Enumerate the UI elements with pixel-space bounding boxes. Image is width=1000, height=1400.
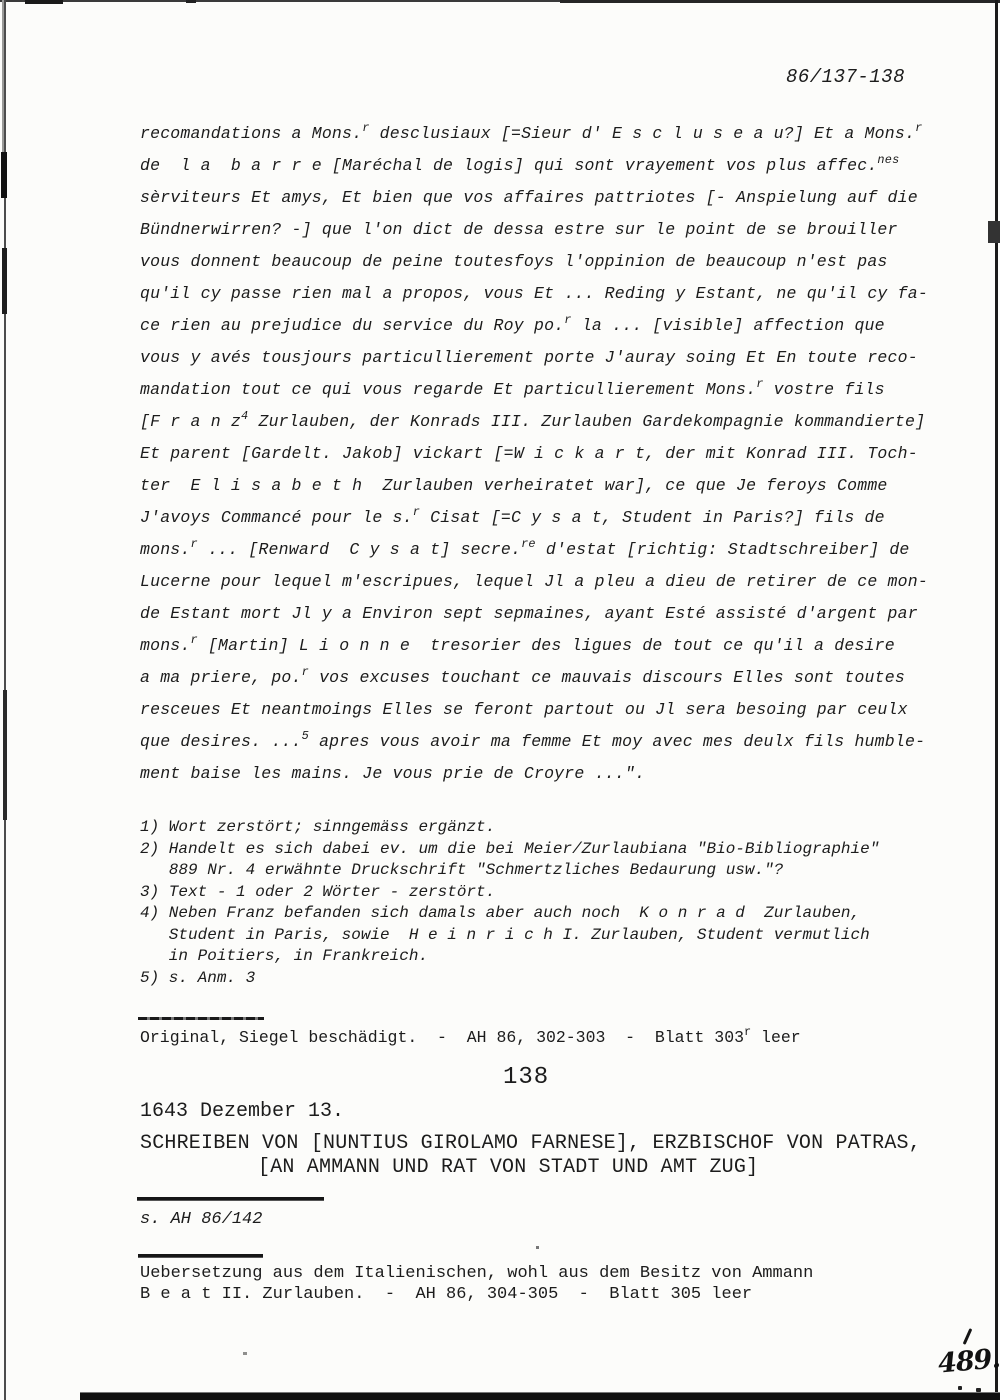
scan-mark <box>988 221 1000 243</box>
footnote-line: 4) Neben Franz befanden sich damals aber… <box>140 903 879 925</box>
scan-edge-bottom <box>80 1393 1000 1400</box>
footnote-line: 2) Handelt es sich dabei ev. um die bei … <box>140 839 879 861</box>
transcription-line: ment baise les mains. Je vous prie de Cr… <box>140 758 928 790</box>
handwritten-slash-mark <box>963 1328 973 1345</box>
transcription-line: sèrviteurs Et amys, Et bien que vos affa… <box>140 182 928 214</box>
scan-mark <box>3 690 7 820</box>
transcription-line: Et parent [Gardelt. Jakob] vickart [=W i… <box>140 438 928 470</box>
transcription-line: de Estant mort Jl y a Environ sept sepma… <box>140 598 928 630</box>
scan-speck <box>976 1388 981 1392</box>
transcription-line: resceues Et neantmoings Elles se feront … <box>140 694 928 726</box>
transcription-line: Bündnerwirren? -] que l'on dict de dessa… <box>140 214 928 246</box>
footnote-line: 3) Text - 1 oder 2 Wörter - zerstört. <box>140 882 879 904</box>
scan-speck <box>958 1386 962 1390</box>
transcription-line: J'avoys Commancé pour le s.r Cisat [=C y… <box>140 502 928 534</box>
provenance-line: Original, Siegel beschädigt. - AH 86, 30… <box>140 1028 801 1047</box>
separator-rule <box>138 1254 263 1257</box>
scan-mark <box>2 248 7 314</box>
transcription-line: qu'il cy passe rien mal a propos, vous E… <box>140 278 928 310</box>
entry-note-line1: Uebersetzung aus dem Italienischen, wohl… <box>140 1264 813 1283</box>
transcription-line: ce rien au prejudice du service du Roy p… <box>140 310 928 342</box>
transcription-line: mons.r ... [Renward C y s a t] secre.re … <box>140 534 928 566</box>
scan-mark <box>25 0 63 4</box>
entry-title-line1: SCHREIBEN VON [NUNTIUS GIROLAMO FARNESE]… <box>140 1132 921 1155</box>
transcription-line: ter E l i s a b e t h Zurlauben verheira… <box>140 470 928 502</box>
footnote-line: in Poitiers, in Frankreich. <box>140 946 879 968</box>
transcription-line: mandation tout ce qui vous regarde Et pa… <box>140 374 928 406</box>
transcription-line: vous donnent beaucoup de peine toutesfoy… <box>140 246 928 278</box>
scan-speck <box>243 1352 247 1355</box>
handwritten-folio-number: 489. <box>937 1343 1000 1379</box>
transcription-line: [F r a n z4 Zurlauben, der Konrads III. … <box>140 406 928 438</box>
footnote-line: Student in Paris, sowie H e i n r i c h … <box>140 925 879 947</box>
separator-rule <box>137 1197 324 1200</box>
scan-mark <box>1 152 7 198</box>
scan-speck <box>536 1246 539 1249</box>
transcription-line: mons.r [Martin] L i o n n e tresorier de… <box>140 630 928 662</box>
scan-mark <box>560 0 1000 3</box>
transcription-line: recomandations a Mons.r desclusiaux [=Si… <box>140 118 928 150</box>
entry-number: 138 <box>503 1064 549 1091</box>
footnotes-block: 1) Wort zerstört; sinngemäss ergänzt.2) … <box>140 817 879 989</box>
entry-date: 1643 Dezember 13. <box>140 1100 344 1123</box>
letter-transcription: recomandations a Mons.r desclusiaux [=Si… <box>140 118 928 790</box>
separator-rule-dashed <box>138 1017 264 1020</box>
transcription-line: que desires. ...5 apres vous avoir ma fe… <box>140 726 928 758</box>
transcription-line: de l a b a r r e [Maréchal de logis] qui… <box>140 150 928 182</box>
scanned-document-page: 86/137-138 recomandations a Mons.r descl… <box>0 0 1000 1400</box>
footnote-line: 889 Nr. 4 erwähnte Druckschrift "Schmert… <box>140 860 879 882</box>
scan-edge-right <box>995 0 998 1400</box>
page-header-number: 86/137-138 <box>786 66 905 88</box>
scan-mark <box>186 0 196 3</box>
transcription-line: a ma priere, po.r vos excuses touchant c… <box>140 662 928 694</box>
entry-title-line2: [AN AMMANN UND RAT VON STADT UND AMT ZUG… <box>258 1156 758 1179</box>
transcription-line: Lucerne pour lequel m'escripues, lequel … <box>140 566 928 598</box>
transcription-line: vous y avés tousjours particullierement … <box>140 342 928 374</box>
cross-reference: s. AH 86/142 <box>140 1210 262 1229</box>
footnote-line: 5) s. Anm. 3 <box>140 968 879 990</box>
footnote-line: 1) Wort zerstört; sinngemäss ergänzt. <box>140 817 879 839</box>
entry-note-line2: B e a t II. Zurlauben. - AH 86, 304-305 … <box>140 1285 752 1304</box>
